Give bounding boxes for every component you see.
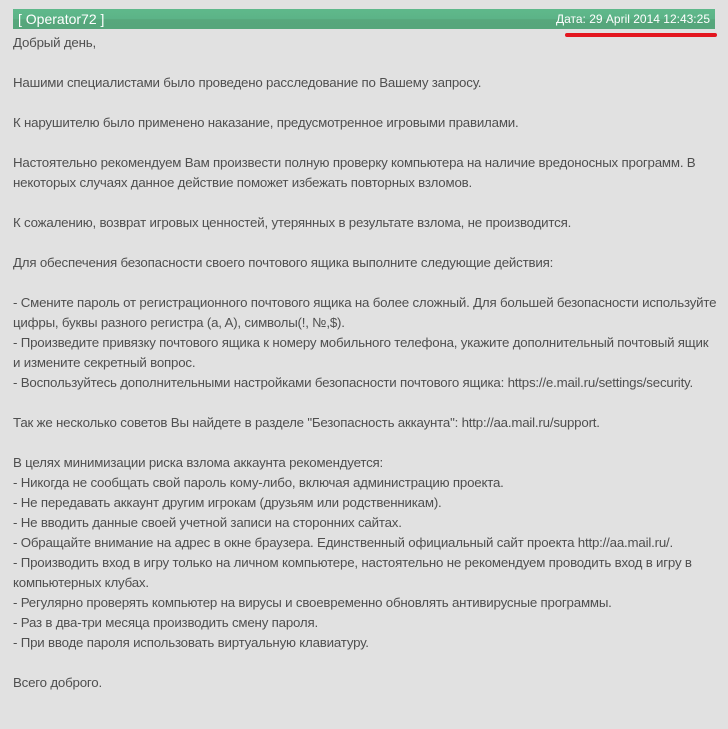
- tip-item: - Не передавать аккаунт другим игрокам (…: [13, 493, 718, 513]
- tip-item: - Никогда не сообщать свой пароль кому-л…: [13, 473, 718, 493]
- mail-step: - Смените пароль от регистрационного поч…: [13, 293, 718, 333]
- message-header: [ Operator72 ] Дата: 29 April 2014 12:43…: [13, 9, 715, 29]
- paragraph-mail-security-intro: Для обеспечения безопасности своего почт…: [13, 253, 718, 273]
- tip-item: - Производить вход в игру только на личн…: [13, 553, 718, 593]
- closing: Всего доброго.: [13, 673, 718, 693]
- mail-step: - Воспользуйтесь дополнительными настрой…: [13, 373, 718, 393]
- greeting: Добрый день,: [13, 33, 718, 53]
- paragraph-malware-check: Настоятельно рекомендуем Вам произвести …: [13, 153, 718, 193]
- message-body: Добрый день, Нашими специалистами было п…: [13, 33, 718, 693]
- message-date: Дата: 29 April 2014 12:43:25: [556, 9, 710, 29]
- tip-item: - Не вводить данные своей учетной записи…: [13, 513, 718, 533]
- tip-item: - При вводе пароля использовать виртуаль…: [13, 633, 718, 653]
- tip-item: - Обращайте внимание на адрес в окне бра…: [13, 533, 718, 553]
- tip-item: - Регулярно проверять компьютер на вирус…: [13, 593, 718, 613]
- paragraph-support-link: Так же несколько советов Вы найдете в ра…: [13, 413, 718, 433]
- paragraph-no-refund: К сожалению, возврат игровых ценностей, …: [13, 213, 718, 233]
- tips-intro: В целях минимизации риска взлома аккаунт…: [13, 453, 718, 473]
- paragraph-punishment: К нарушителю было применено наказание, п…: [13, 113, 718, 133]
- mail-step: - Произведите привязку почтового ящика к…: [13, 333, 718, 373]
- tip-item: - Раз в два-три месяца производить смену…: [13, 613, 718, 633]
- operator-name: [ Operator72 ]: [18, 9, 104, 29]
- paragraph-investigation: Нашими специалистами было проведено расс…: [13, 73, 718, 93]
